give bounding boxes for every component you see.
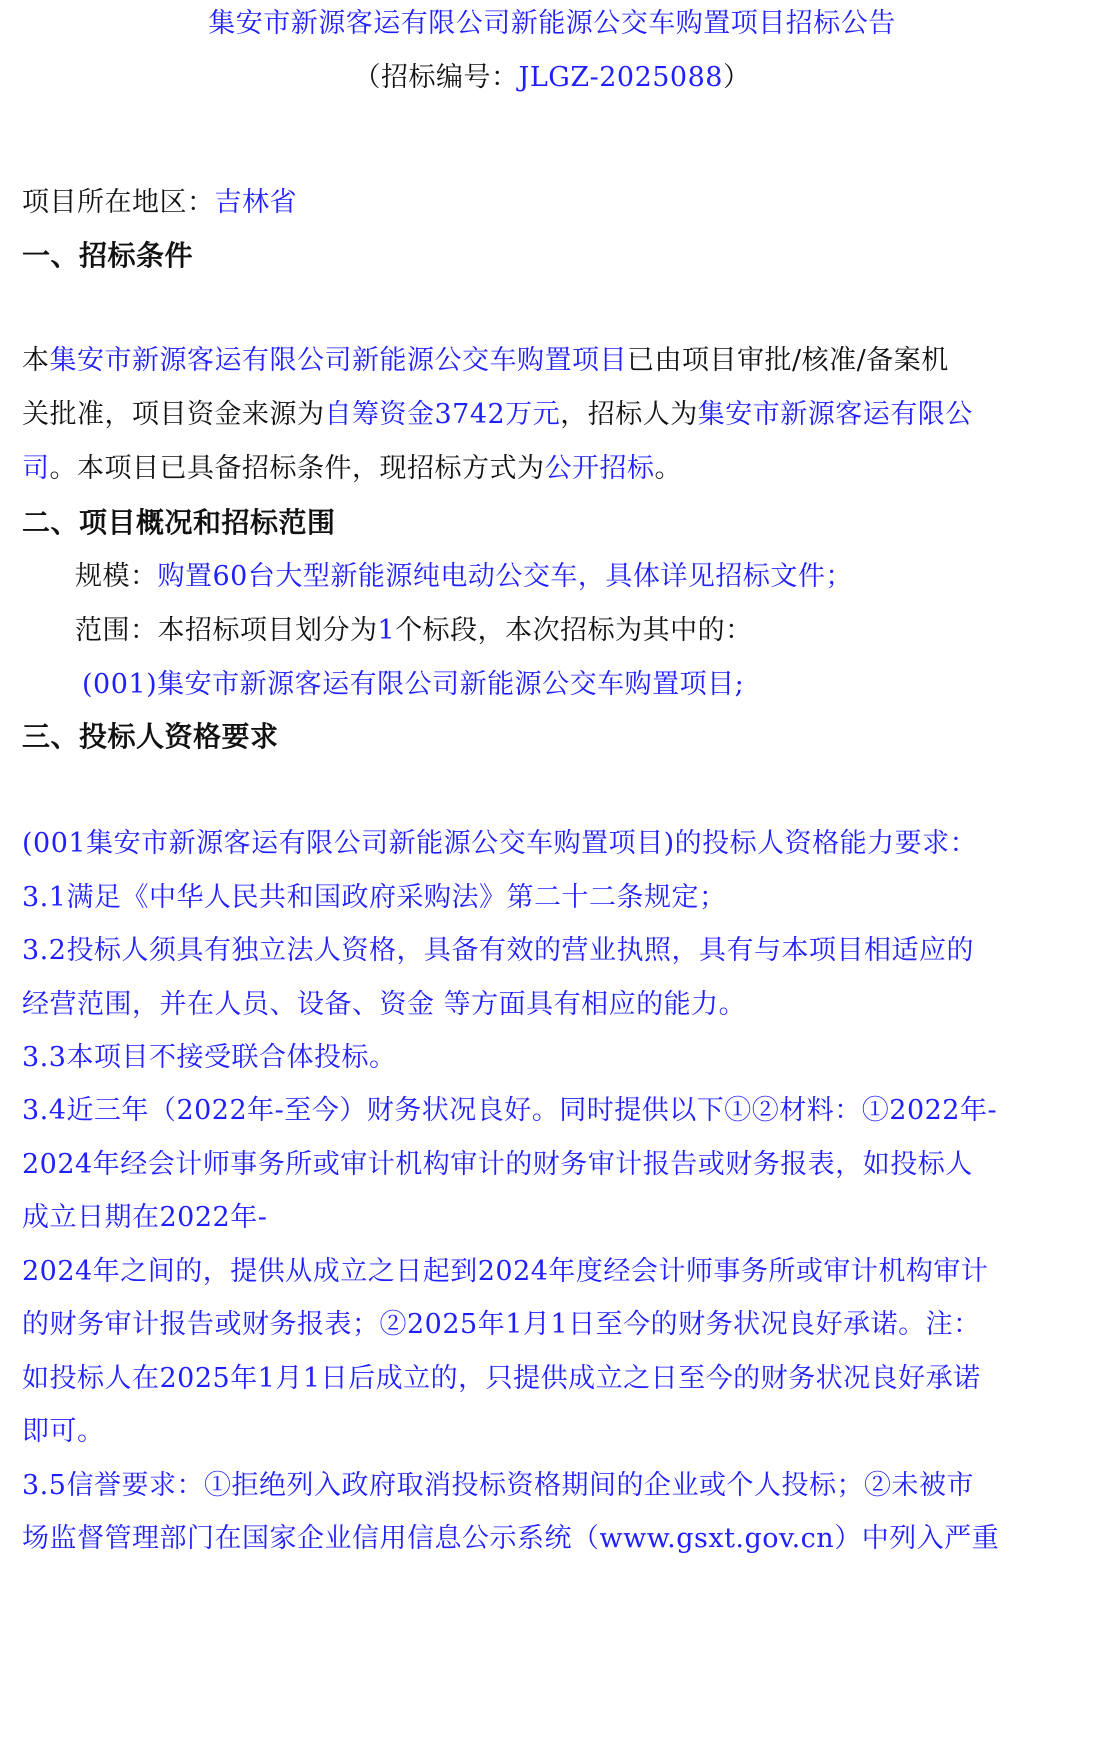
bid-number-suffix: ） [723, 62, 751, 93]
section-1-paragraph-line-2: 关批准，项目资金来源为自筹资金3742万元，招标人为集安市新源客运有限公 [22, 397, 973, 433]
fund-source: 自筹资金3742万元 [325, 399, 561, 430]
text: 本 [22, 345, 50, 376]
region-line: 项目所在地区：吉林省 [22, 185, 297, 221]
text: 关批准，项目资金来源为 [22, 399, 325, 430]
section-1-paragraph-line-3: 司。本项目已具备招标条件，现招标方式为公开招标。 [22, 451, 682, 487]
scope-line: 范围：本招标项目划分为1个标段，本次招标为其中的： [75, 613, 753, 649]
requirement-line: 成立日期在2022年- [22, 1200, 267, 1236]
text: 。 [655, 453, 683, 484]
section-1-heading: 一、招标条件 [22, 238, 193, 274]
text: 范围：本招标项目划分为 [75, 615, 378, 646]
requirement-line: 经营范围，并在人员、设备、资金 等方面具有相应的能力。 [22, 987, 746, 1023]
tenderer-name-end: 司 [22, 453, 50, 484]
region-value: 吉林省 [215, 187, 298, 218]
requirement-line: 场监督管理部门在国家企业信用信息公示系统（www.gsxt.gov.cn）中列入… [22, 1521, 999, 1557]
requirement-line: 3.5信誉要求：①拒绝列入政府取消投标资格期间的企业或个人投标；②未被市 [22, 1468, 974, 1504]
scale-line: 规模：购置60台大型新能源纯电动公交车，具体详见招标文件； [75, 559, 853, 595]
lot-item: (001)集安市新源客运有限公司新能源公交车购置项目; [82, 667, 744, 703]
requirement-line: 如投标人在2025年1月1日后成立的，只提供成立之日至今的财务状况良好承诺 [22, 1361, 981, 1397]
section-3-heading: 三、投标人资格要求 [22, 719, 279, 755]
tenderer-name: 集安市新源客运有限公 [698, 399, 973, 430]
text: 。本项目已具备招标条件，现招标方式为 [50, 453, 545, 484]
requirement-line: 3.3本项目不接受联合体投标。 [22, 1040, 396, 1076]
scale-label: 规模： [75, 561, 158, 592]
requirement-line: 3.4近三年（2022年-至今）财务状况良好。同时提供以下①②材料：①2022年… [22, 1093, 997, 1129]
section-1-paragraph-line-1: 本集安市新源客运有限公司新能源公交车购置项目已由项目审批/核准/备案机 [22, 343, 949, 379]
section-2-heading: 二、项目概况和招标范围 [22, 505, 336, 541]
qualification-intro: (001集安市新源客运有限公司新能源公交车购置项目)的投标人资格能力要求： [22, 826, 977, 862]
scale-value: 购置60台大型新能源纯电动公交车，具体详见招标文件； [158, 561, 853, 592]
bid-number-line: （招标编号：JLGZ-2025088） [0, 60, 1104, 96]
project-name: 集安市新源客运有限公司新能源公交车购置项目 [50, 345, 628, 376]
bid-number: JLGZ-2025088 [519, 62, 723, 93]
requirement-line: 3.1满足《中华人民共和国政府采购法》第二十二条规定； [22, 880, 726, 916]
bid-method: 公开招标 [545, 453, 655, 484]
bid-number-prefix: （招标编号： [354, 62, 519, 93]
requirement-line: 2024年经会计师事务所或审计机构审计的财务审计报告或财务报表，如投标人 [22, 1147, 973, 1183]
announcement-document: 集安市新源客运有限公司新能源公交车购置项目招标公告 （招标编号：JLGZ-202… [0, 0, 1104, 1758]
requirement-line: 3.2投标人须具有独立法人资格，具备有效的营业执照，具有与本项目相适应的 [22, 933, 974, 969]
text: ，招标人为 [560, 399, 698, 430]
lot-count: 1 [378, 615, 396, 646]
requirement-line: 即可。 [22, 1414, 105, 1450]
requirement-line: 的财务审计报告或财务报表；②2025年1月1日至今的财务状况良好承诺。注： [22, 1307, 981, 1343]
requirement-line: 2024年之间的，提供从成立之日起到2024年度经会计师事务所或审计机构审计 [22, 1254, 988, 1290]
document-title: 集安市新源客运有限公司新能源公交车购置项目招标公告 [0, 6, 1104, 42]
text: 个标段，本次招标为其中的： [395, 615, 753, 646]
region-label: 项目所在地区： [22, 187, 215, 218]
text: 已由项目审批/核准/备案机 [627, 345, 949, 376]
